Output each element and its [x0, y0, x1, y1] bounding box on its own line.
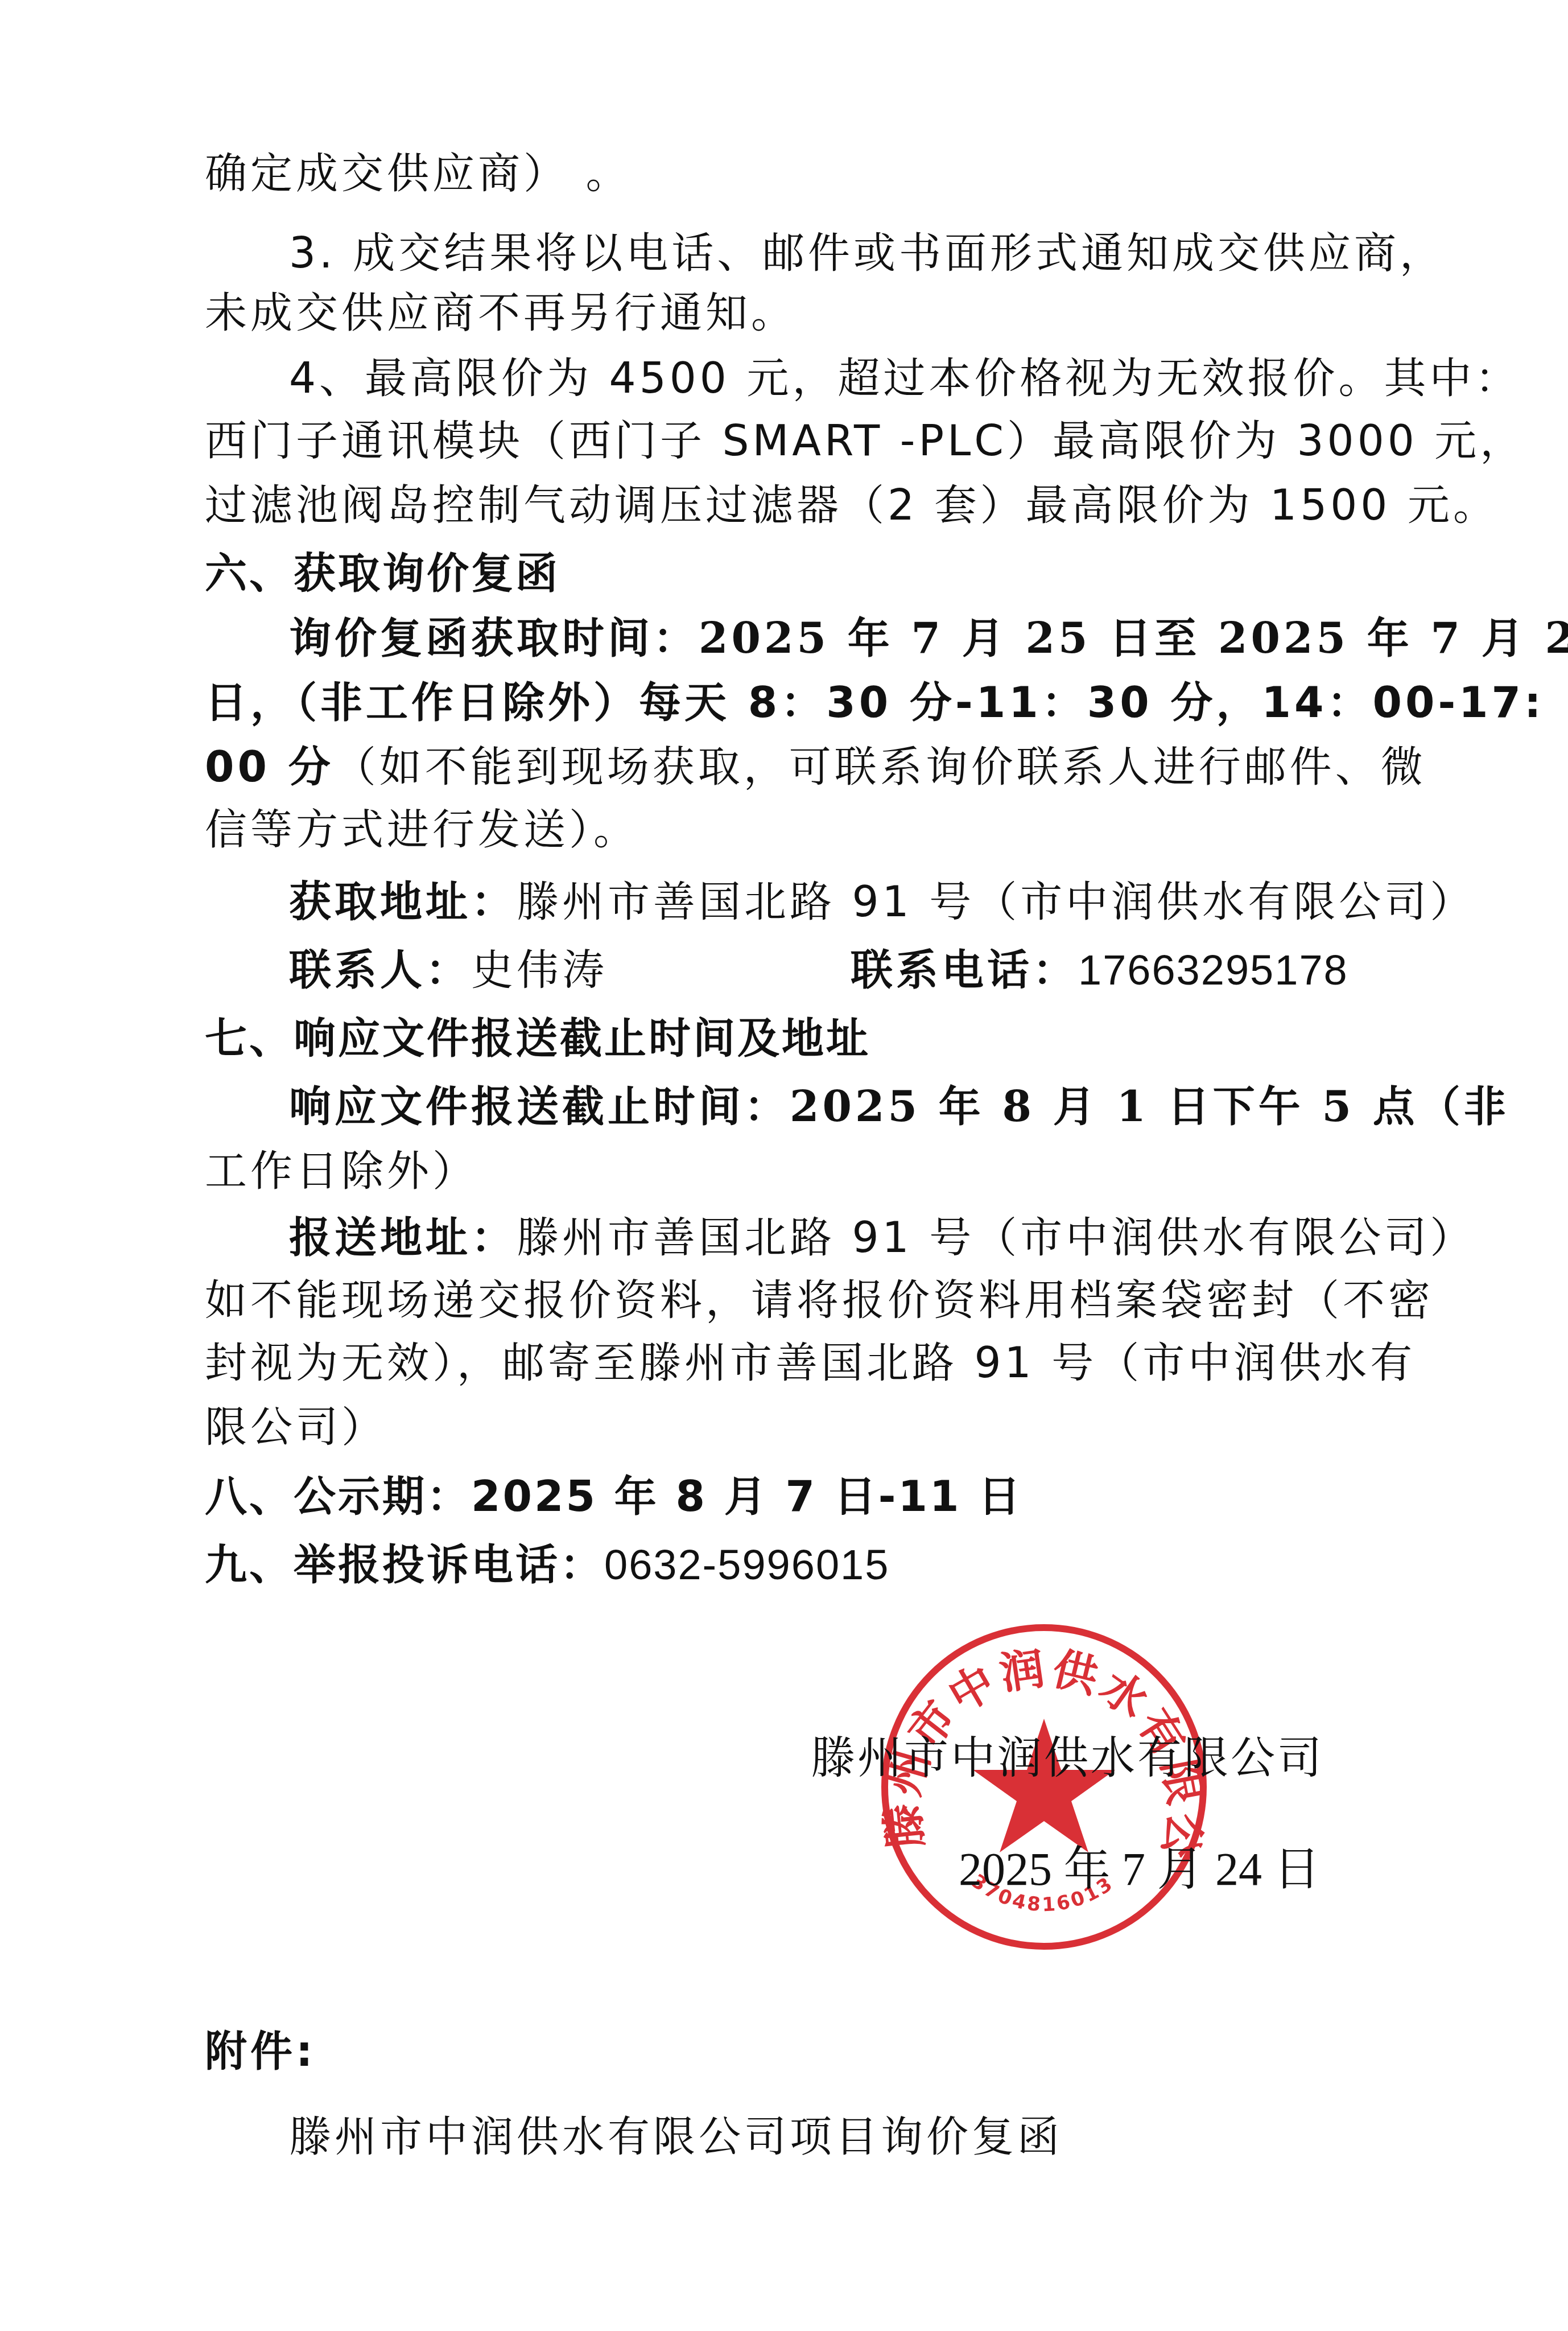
paragraph-line: 确定成交供应商） 。 — [205, 145, 632, 202]
submit-address-label: 报送地址： — [289, 1213, 517, 1262]
paragraph-line: 过滤池阀岛控制气动调压过滤器（2 套）最高限价为 1500 元。 — [205, 477, 1499, 534]
phone-line: 联系电话：17663295178 — [851, 942, 1348, 999]
paragraph-line: 未成交供应商不再另行通知。 — [205, 285, 797, 341]
time-line: 日，（非工作日除外）每天 8：30 分-11：30 分，14：00-17: — [205, 674, 1545, 731]
section-heading-9: 九、举报投诉电话：0632-5996015 — [205, 1537, 889, 1593]
phone-value: 17663295178 — [1078, 946, 1348, 994]
section-heading-6: 六、获取询价复函 — [205, 545, 560, 602]
address-value: 滕州市善国北路 91 号（市中润供水有限公司） — [517, 878, 1475, 926]
submit-address-line: 报送地址：滕州市善国北路 91 号（市中润供水有限公司） — [289, 1209, 1475, 1266]
attachment-label: 附件: — [205, 2023, 316, 2080]
complaint-label: 九、举报投诉电话： — [205, 1541, 604, 1589]
section-heading-8: 八、公示期：2025 年 8 月 7 日-11 日 — [205, 1468, 1022, 1525]
time-note: （如不能到现场获取，可联系询价联系人进行邮件、微 — [334, 743, 1426, 792]
time-line: 询价复函获取时间：2025 年 7 月 25 日至 2025 年 7 月 29 — [289, 610, 1568, 667]
deadline-line: 响应文件报送截止时间：2025 年 8 月 1 日下午 5 点（非 — [289, 1078, 1509, 1135]
time-line: 00 分（如不能到现场获取，可联系询价联系人进行邮件、微 — [205, 739, 1426, 796]
attachment-item: 滕州市中润供水有限公司项目询价复函 — [289, 2108, 1063, 2165]
paragraph-line: 西门子通讯模块（西门子 SMART -PLC）最高限价为 3000 元， — [205, 413, 1525, 470]
time-value: 00 分 — [205, 743, 334, 792]
time-line: 信等方式进行发送）。 — [205, 801, 639, 858]
deadline-value: 2025 年 8 月 1 日下午 5 点（非 — [790, 1082, 1509, 1131]
complaint-phone: 0632-5996015 — [604, 1541, 889, 1588]
deadline-line: 工作日除外） — [205, 1143, 478, 1200]
paragraph-line: 4、最高限价为 4500 元，超过本价格视为无效报价。其中： — [289, 350, 1520, 407]
paragraph-line: 3. 成交结果将以电话、邮件或书面形式通知成交供应商， — [289, 225, 1445, 282]
contact-line: 联系人：史伟涛 — [289, 942, 608, 999]
mail-line: 封视为无效），邮寄至滕州市善国北路 91 号（市中润供水有 — [205, 1335, 1416, 1391]
company-seal-icon: 滕州市中润供水有限公司 3704816013042 — [873, 1616, 1215, 1958]
mail-line: 如不能现场递交报价资料，请将报价资料用档案袋密封（不密 — [205, 1272, 1434, 1329]
phone-label: 联系电话： — [851, 946, 1078, 995]
time-label: 询价复函获取时间： — [289, 614, 699, 663]
signature-company: 滕州市中润供水有限公司 — [811, 1730, 1324, 1787]
signature-date: 2025 年 7 月 24 日 — [959, 1841, 1321, 1898]
section-heading-7: 七、响应文件报送截止时间及地址 — [205, 1010, 870, 1067]
address-line: 获取地址：滕州市善国北路 91 号（市中润供水有限公司） — [289, 874, 1475, 930]
address-label: 获取地址： — [289, 878, 517, 926]
contact-label: 联系人： — [289, 946, 471, 995]
document-page: 确定成交供应商） 。 3. 成交结果将以电话、邮件或书面形式通知成交供应商， 未… — [0, 0, 1568, 2331]
contact-value: 史伟涛 — [471, 946, 608, 995]
submit-address-value: 滕州市善国北路 91 号（市中润供水有限公司） — [517, 1213, 1475, 1262]
deadline-label: 响应文件报送截止时间： — [289, 1082, 790, 1131]
mail-line: 限公司） — [205, 1399, 387, 1456]
time-value: 2025 年 7 月 25 日至 2025 年 7 月 29 — [699, 614, 1568, 663]
